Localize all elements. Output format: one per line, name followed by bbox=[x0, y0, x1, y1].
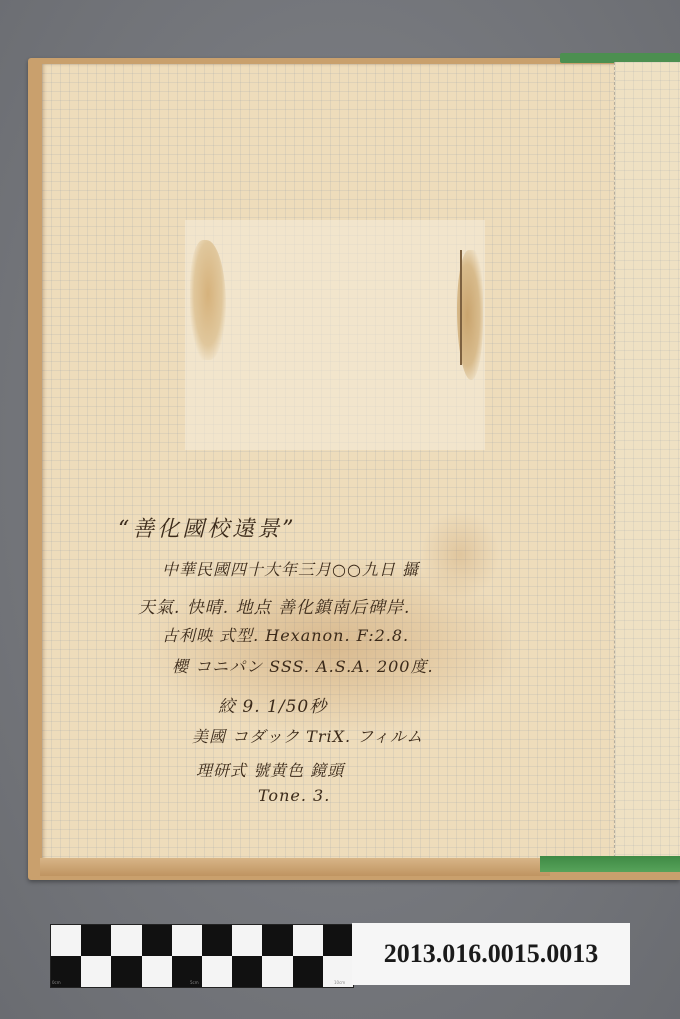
foxing-stain-small bbox=[420, 510, 500, 600]
scale-label-5: 5cm bbox=[190, 980, 199, 985]
scale-bar bbox=[50, 924, 354, 988]
scale-cell bbox=[323, 925, 353, 956]
scale-label-10: 10cm bbox=[334, 980, 345, 985]
scale-cell bbox=[262, 956, 292, 987]
caption-line-date: 中華民國四十大年三月○○九日 攝 bbox=[162, 557, 419, 580]
scale-cell bbox=[262, 925, 292, 956]
caption-title: “善化國校遠景” bbox=[118, 512, 297, 543]
facing-page bbox=[614, 62, 680, 858]
scale-cell bbox=[232, 925, 262, 956]
caption-line-film: 美國 コダック TriX. フィルム bbox=[192, 724, 423, 747]
scale-cell bbox=[293, 956, 323, 987]
empty-photo-mount bbox=[185, 220, 485, 450]
scale-cell bbox=[293, 925, 323, 956]
scale-cell bbox=[111, 956, 141, 987]
caption-line-tone: Tone. 3. bbox=[258, 786, 330, 805]
scale-cell bbox=[172, 925, 202, 956]
scale-cell bbox=[142, 925, 172, 956]
tear-edge-line bbox=[460, 250, 462, 365]
scale-cell bbox=[111, 925, 141, 956]
caption-line-film-speed: 櫻 コニパン SSS. A.S.A. 200度. bbox=[172, 654, 434, 677]
green-cloth-spine-bottom bbox=[540, 856, 680, 872]
caption-line-aperture-shutter: 絞 9. 1/50秒 bbox=[218, 692, 327, 717]
page-bottom-edge bbox=[40, 858, 550, 876]
scale-label-0: 0cm bbox=[52, 980, 61, 985]
scale-cell bbox=[202, 956, 232, 987]
accession-number-label: 2013.016.0015.0013 bbox=[352, 923, 630, 985]
caption-line-filter: 理研式 號黄色 鏡頭 bbox=[196, 758, 344, 781]
scale-cell bbox=[142, 956, 172, 987]
caption-line-weather-location: 天氣. 快晴. 地点 善化鎮南后碑岸. bbox=[138, 593, 410, 618]
scale-cell bbox=[81, 956, 111, 987]
scale-cell bbox=[202, 925, 232, 956]
scale-cell bbox=[51, 925, 81, 956]
scale-cell bbox=[232, 956, 262, 987]
caption-line-camera-lens: 古利映 式型. Hexanon. F:2.8. bbox=[162, 623, 409, 646]
scale-cell bbox=[81, 925, 111, 956]
